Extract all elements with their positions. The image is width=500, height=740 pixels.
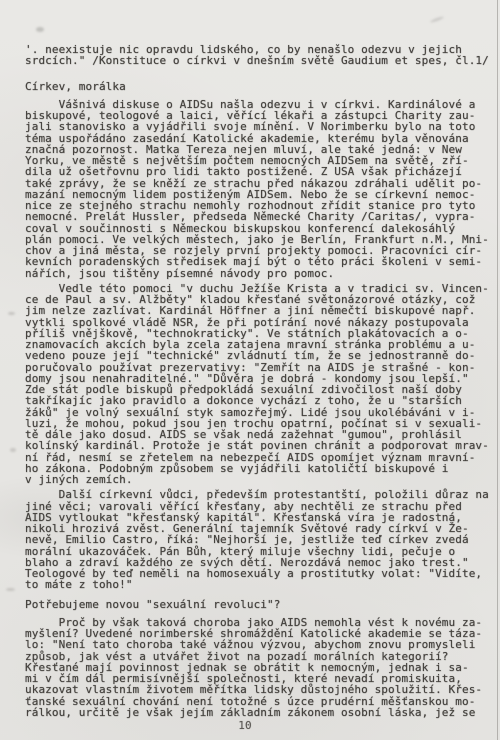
section-heading-church-morals: Církev, morálka xyxy=(25,81,494,92)
scan-edge-line xyxy=(497,0,499,740)
scan-artifact xyxy=(6,588,15,591)
scan-artifact xyxy=(36,27,44,32)
section-heading-sexual-revolution: Potřebujeme novou "sexuální revoluci"? xyxy=(25,599,494,610)
opening-quote: '. neexistuje nic opravdu lidského, co b… xyxy=(25,44,494,67)
paragraph-bishops-criticism: Vedle této pomoci "v duchu Ježíše Krista… xyxy=(25,283,494,486)
page-number: 10 xyxy=(25,720,465,731)
paragraph-new-reflection: Proč by však taková choroba jako AIDS ne… xyxy=(25,617,494,718)
paragraph-protestant-leaders: Další církevní vůdci, především protesta… xyxy=(25,489,494,590)
scan-artifact xyxy=(8,312,15,315)
paragraph-aids-church-response: Vášnivá diskuse o AIDSu našla odezvu i v… xyxy=(25,99,494,279)
scan-artifact xyxy=(430,16,444,24)
scan-artifact xyxy=(10,448,16,452)
scanned-document-page: '. neexistuje nic opravdu lidského, co b… xyxy=(0,0,500,740)
